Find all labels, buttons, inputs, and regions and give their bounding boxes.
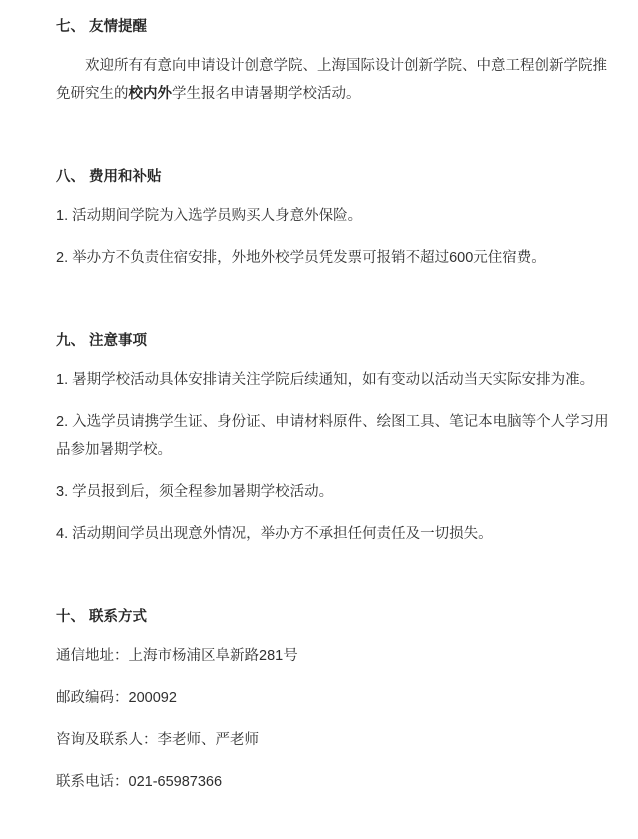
notes-item-3: 3. 学员报到后，须全程参加暑期学校活动。 xyxy=(56,478,610,506)
notes-item-1: 1. 暑期学校活动具体安排请关注学院后续通知，如有变动以活动当天实际安排为准。 xyxy=(56,366,610,394)
fees-item-2: 2. 举办方不负责住宿安排，外地外校学员凭发票可报销不超过600元住宿费。 xyxy=(56,244,610,272)
notes-item-2-line2: 品参加暑期学校。 xyxy=(56,436,610,464)
reminder-line2-text-after: 学生报名申请暑期学校活动。 xyxy=(172,86,361,102)
fees-item-1: 1. 活动期间学院为入选学员购买人身意外保险。 xyxy=(56,202,610,230)
reminder-line2-text-before: 免研究生的 xyxy=(56,86,129,102)
notes-item-4: 4. 活动期间学员出现意外情况，举办方不承担任何责任及一切损失。 xyxy=(56,520,610,548)
contact-persons: 咨询及联系人：李老师、严老师 xyxy=(56,726,610,754)
contact-address: 通信地址：上海市杨浦区阜新路281号 xyxy=(56,642,610,670)
section-contact-heading: 十、 联系方式 xyxy=(56,603,610,631)
reminder-paragraph: 欢迎所有有意向申请设计创意学院、上海国际设计创新学院、中意工程创新学院推免研究生… xyxy=(56,52,610,108)
section-fees-heading: 八、 费用和补贴 xyxy=(56,163,610,191)
reminder-paragraph-line1: 欢迎所有有意向申请设计创意学院、上海国际设计创新学院、中意工程创新学院推 xyxy=(56,52,610,80)
notes-item-2: 2. 入选学员请携学生证、身份证、申请材料原件、绘图工具、笔记本电脑等个人学习用… xyxy=(56,408,610,464)
reminder-line2-bold-text: 校内外 xyxy=(129,86,173,102)
contact-postal-code: 邮政编码：200092 xyxy=(56,684,610,712)
section-notes-heading: 九、 注意事项 xyxy=(56,327,610,355)
document-page: 七、 友情提醒 欢迎所有有意向申请设计创意学院、上海国际设计创新学院、中意工程创… xyxy=(0,0,638,839)
reminder-paragraph-line2: 免研究生的校内外学生报名申请暑期学校活动。 xyxy=(56,80,610,108)
contact-phone: 联系电话：021-65987366 xyxy=(56,768,610,796)
notes-item-2-line1: 2. 入选学员请携学生证、身份证、申请材料原件、绘图工具、笔记本电脑等个人学习用 xyxy=(56,408,610,436)
section-reminder-heading: 七、 友情提醒 xyxy=(56,13,610,41)
